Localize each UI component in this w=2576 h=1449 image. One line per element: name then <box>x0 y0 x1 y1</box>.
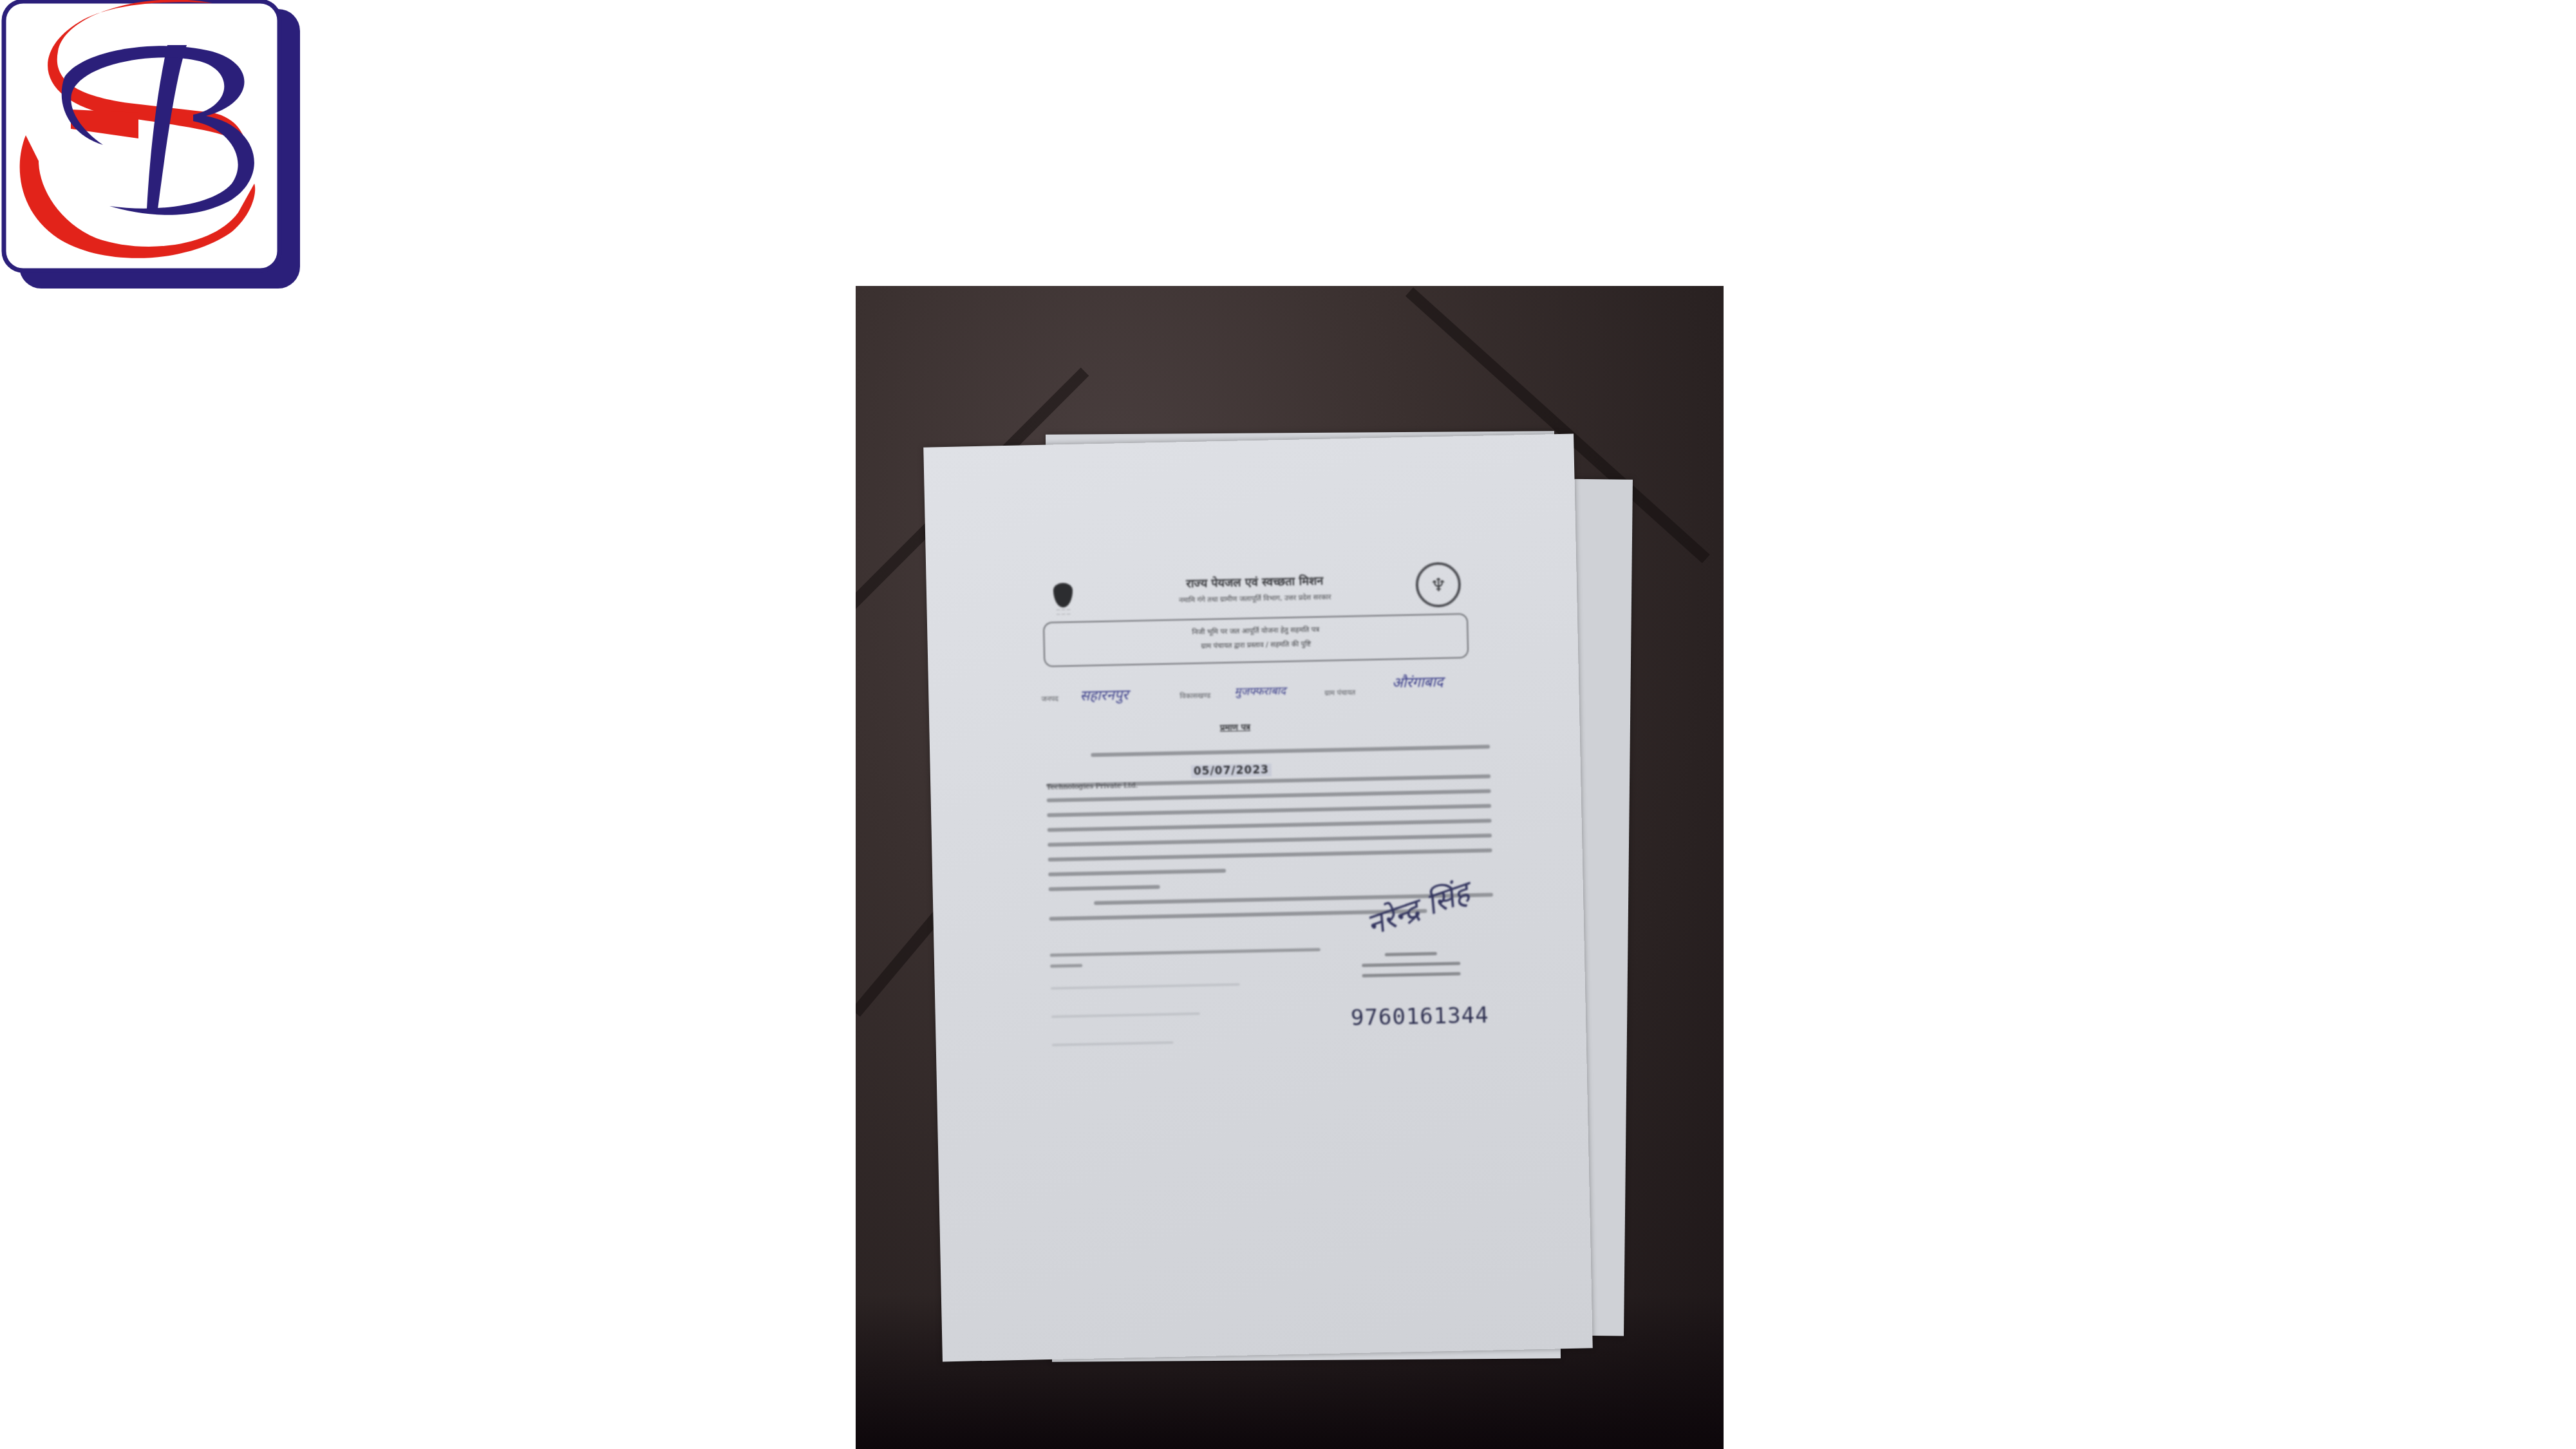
certificate-heading: प्रमाण पत्र <box>1206 721 1264 734</box>
signatory-block <box>1353 951 1469 985</box>
field-value-gram-panchayat: औरंगाबाद <box>1392 672 1443 692</box>
field-value-district: सहारनपुर <box>1080 685 1129 705</box>
paper-sheet-front: — — —— — — ♆ राज्य पेयजल एवं स्वच्छता मि… <box>923 434 1593 1362</box>
sb-monogram-icon <box>0 0 303 291</box>
field-value-block: मुजफ्फराबाद <box>1234 683 1286 699</box>
document-photo: — — —— — — ♆ राज्य पेयजल एवं स्वच्छता मि… <box>856 286 1724 1449</box>
handwritten-phone-number: 9760161344 <box>1351 1003 1489 1031</box>
field-label-block: विकासखण्ड <box>1180 690 1210 701</box>
location-fields: जनपद सहारनपुर विकासखण्ड मुजफ्फराबाद ग्रा… <box>1041 677 1492 712</box>
state-emblem-icon: ♆ <box>1415 562 1461 607</box>
field-label-district: जनपद <box>1041 694 1058 704</box>
date-stamp: 05/07/2023 <box>1191 764 1272 779</box>
footnote-lines <box>1050 948 1323 1072</box>
sb-logo <box>0 0 303 291</box>
document-header-subtitle: नमामि गंगे तथा ग्रामीण जलापूर्ति विभाग, … <box>1107 591 1403 607</box>
document-content: — — —— — — ♆ राज्य पेयजल एवं स्वच्छता मि… <box>923 434 1593 1362</box>
document-header-title: राज्य पेयजल एवं स्वच्छता मिशन <box>1120 572 1390 593</box>
field-label-gram-panchayat: ग्राम पंचायत <box>1324 688 1355 698</box>
subject-box: निजी भूमि पर जल आपूर्ति योजना हेतु सहमति… <box>1043 613 1469 667</box>
